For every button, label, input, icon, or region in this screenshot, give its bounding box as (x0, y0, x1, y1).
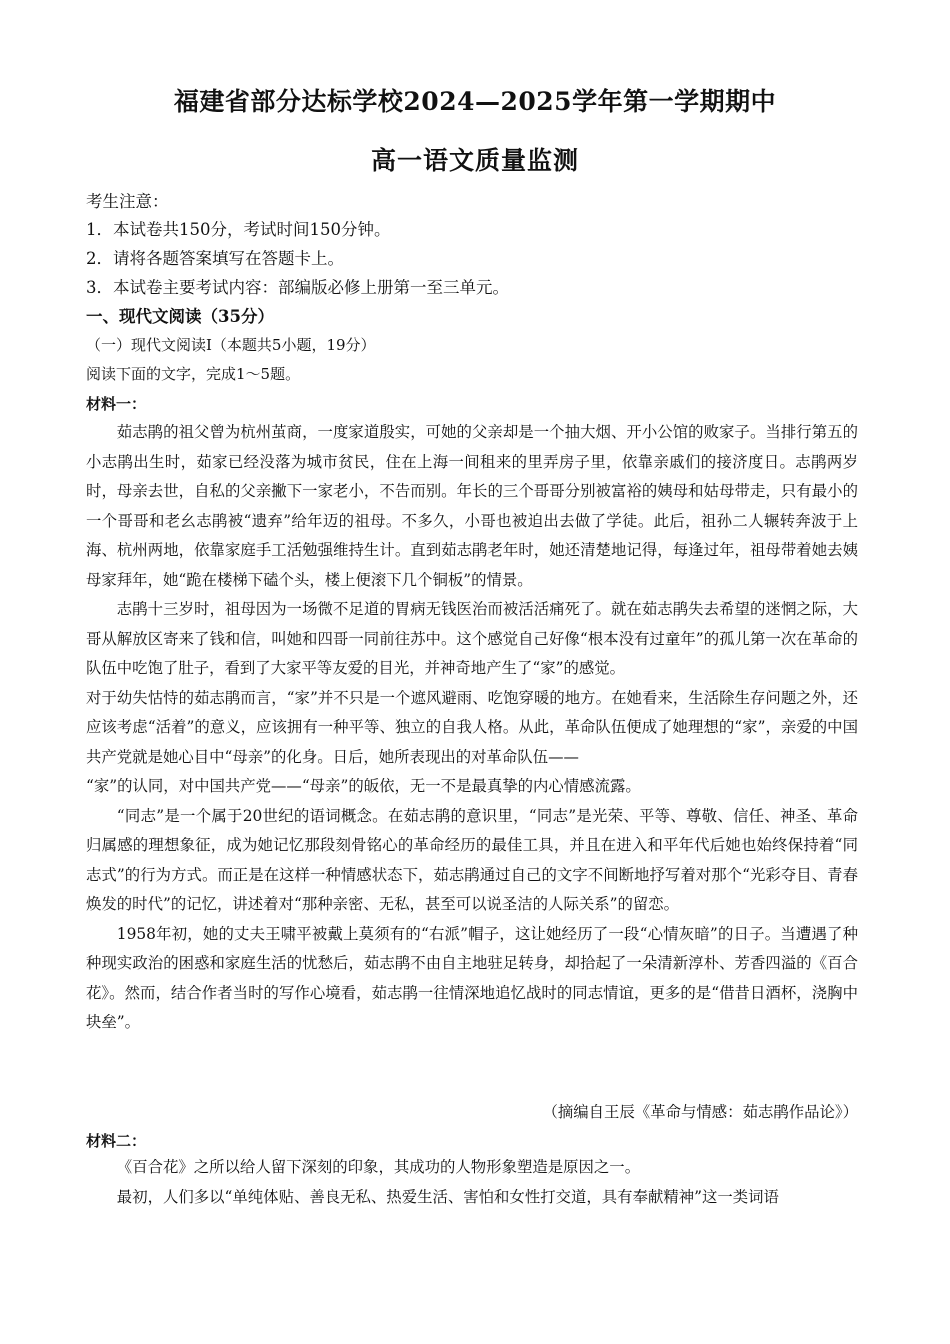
material1-label: 材料一： (86, 393, 146, 414)
material2-paragraph: 最初，人们多以“单纯体贴、善良无私、热爱生活、害怕和女性打交道，具有奉献精神”这… (86, 1183, 858, 1213)
material1-paragraph: 1958年初，她的丈夫王啸平被戴上莫须有的“右派”帽子，这让她经历了一段“心情灰… (86, 920, 858, 1038)
exam-subtitle: 高一语文质量监测 (0, 141, 950, 177)
section-title: 一、现代文阅读（35分） (86, 303, 274, 327)
notice-item-2: 2．请将各题答案填写在答题卡上。 (86, 245, 344, 269)
material1-paragraph: 志鹃十三岁时，祖母因为一场微不足道的胃病无钱医治而被活活痛死了。就在茹志鹃失去希… (86, 595, 858, 684)
material2-label: 材料二： (86, 1130, 146, 1151)
material1-paragraph: 对于幼失怙恃的茹志鹃而言，“家”并不只是一个遮风避雨、吃饱穿暖的地方。在她看来，… (86, 684, 858, 773)
material2-body: 《百合花》之所以给人留下深刻的印象，其成功的人物形象塑造是原因之一。 最初，人们… (86, 1153, 858, 1212)
material1-paragraph: 茹志鹃的祖父曾为杭州茧商，一度家道殷实，可她的父亲却是一个抽大烟、开小公馆的败家… (86, 418, 858, 595)
material2-paragraph: 《百合花》之所以给人留下深刻的印象，其成功的人物形象塑造是原因之一。 (86, 1153, 858, 1183)
subsection-title: （一）现代文阅读Ⅰ（本题共5小题，19分） (86, 334, 376, 355)
material1-paragraph: “同志”是一个属于20世纪的语词概念。在茹志鹃的意识里，“同志”是光荣、平等、尊… (86, 802, 858, 920)
material1-paragraph: “家”的认同，对中国共产党——“母亲”的皈依，无一不是最真挚的内心情感流露。 (86, 772, 858, 802)
notice-item-3: 3．本试卷主要考试内容：部编版必修上册第一至三单元。 (86, 274, 509, 298)
notice-heading: 考生注意： (86, 188, 169, 212)
exam-page: 福建省部分达标学校2024—2025学年第一学期期中 高一语文质量监测 考生注意… (0, 0, 950, 1344)
material1-body: 茹志鹃的祖父曾为杭州茧商，一度家道殷实，可她的父亲却是一个抽大烟、开小公馆的败家… (86, 418, 858, 1038)
exam-title: 福建省部分达标学校2024—2025学年第一学期期中 (0, 82, 950, 118)
notice-item-1: 1．本试卷共150分，考试时间150分钟。 (86, 216, 391, 240)
reading-instruction: 阅读下面的文字，完成1～5题。 (86, 363, 300, 384)
material1-source: （摘编自王辰《革命与情感：茹志鹃作品论》） (542, 1100, 858, 1122)
